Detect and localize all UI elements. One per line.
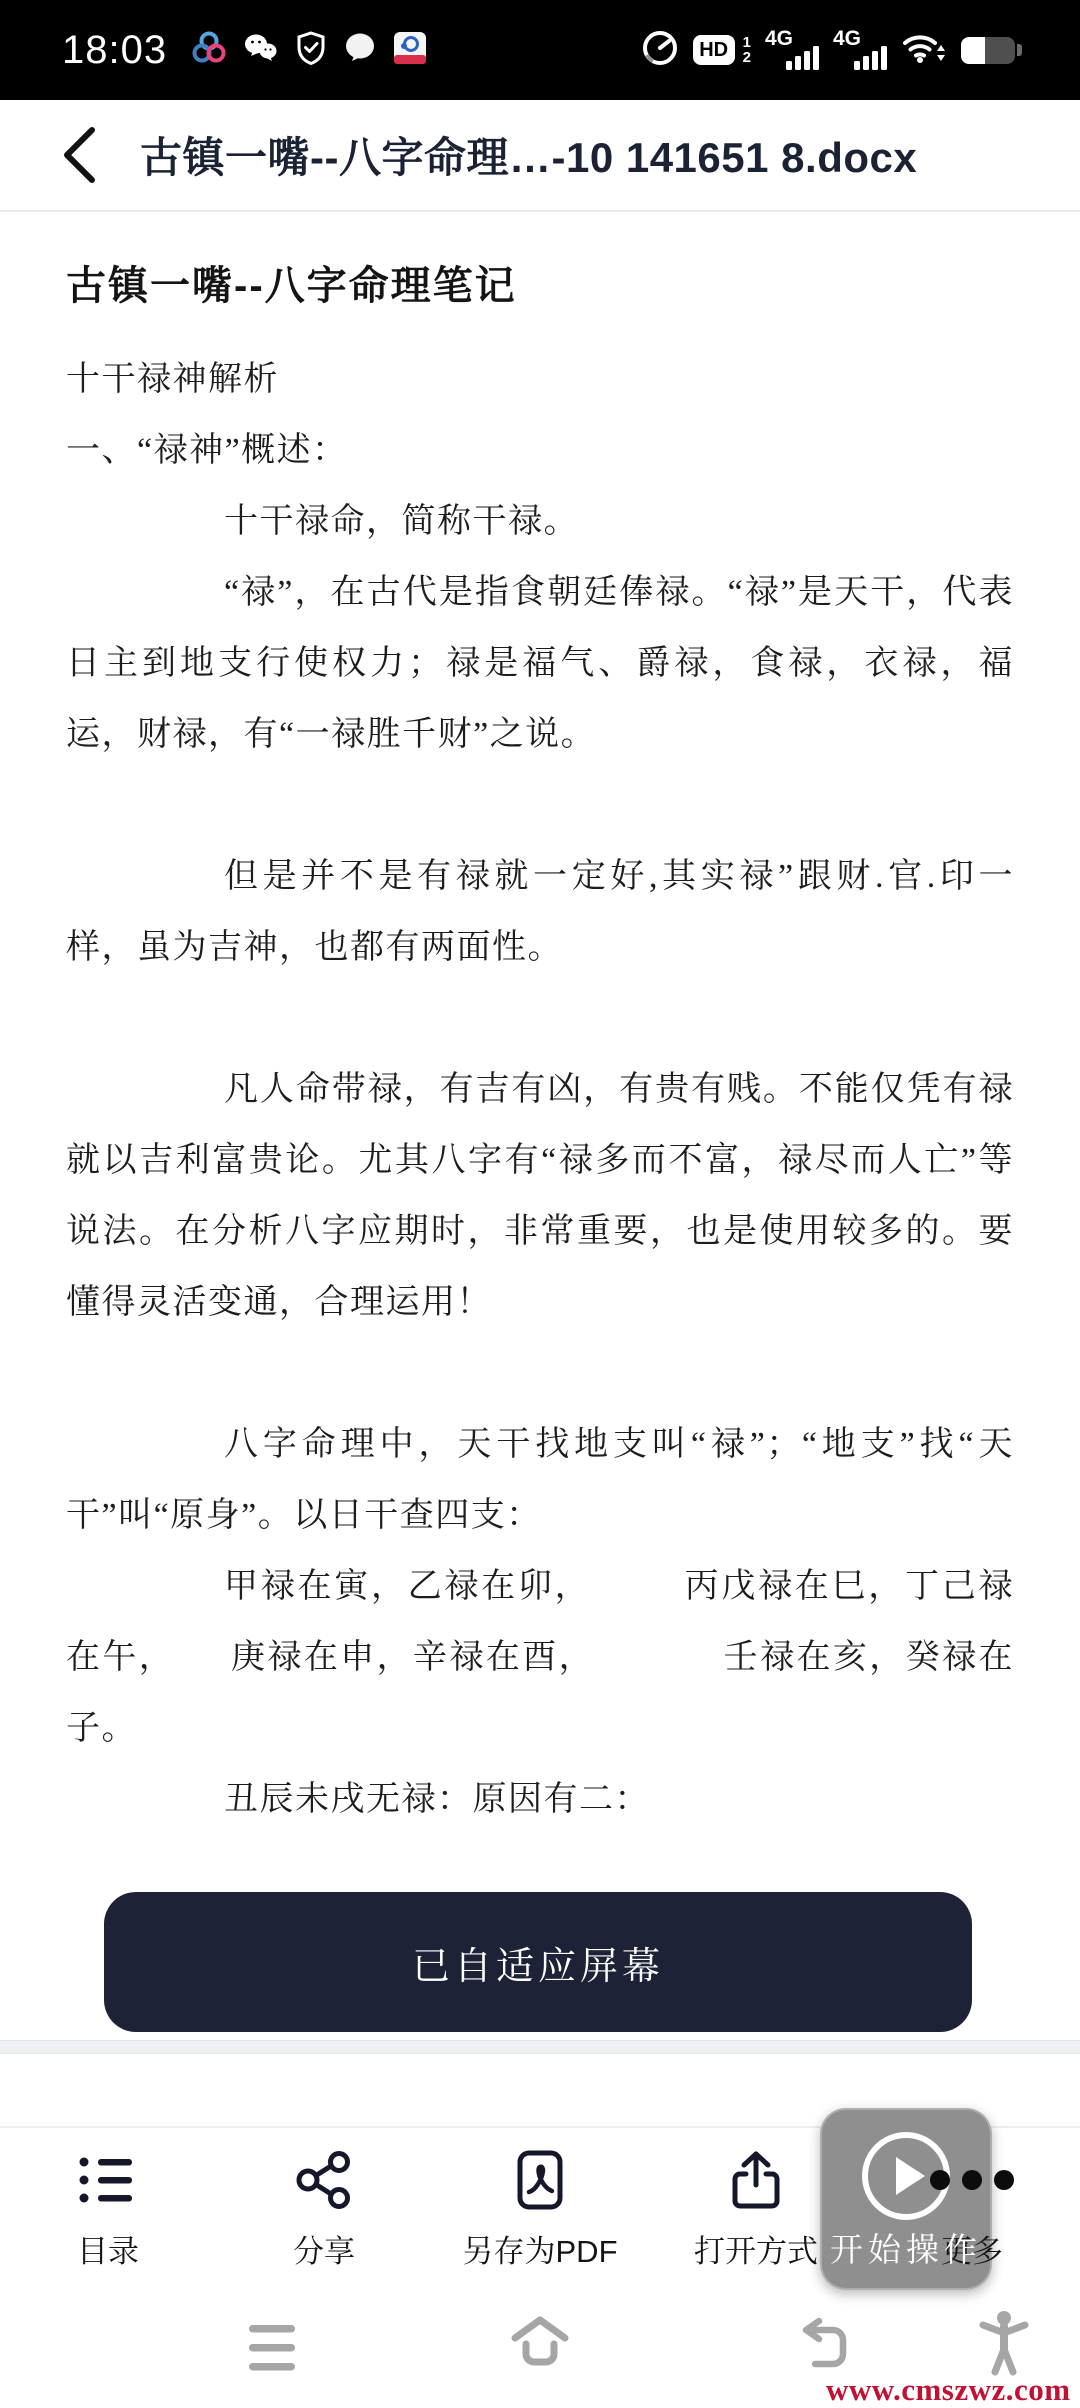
- toolbar-item-save-pdf[interactable]: 另存为PDF: [432, 2128, 648, 2292]
- status-right-icons: HD 12 4G 4G: [641, 28, 1022, 72]
- open-with-icon: [728, 2148, 784, 2212]
- toolbar-label: 另存为PDF: [463, 2226, 618, 2271]
- doc-paragraph: 十干禄命，简称干禄。: [66, 486, 1014, 557]
- back-icon[interactable]: [797, 2318, 851, 2375]
- menu-icon[interactable]: [247, 2322, 297, 2379]
- assistant-person-icon[interactable]: [978, 2310, 1030, 2381]
- status-time: 18:03: [62, 28, 167, 73]
- wechat-icon: [243, 32, 279, 69]
- document-header: 古镇一嘴--八字命理…-10 141651 8.docx: [0, 100, 1080, 212]
- more-dots-icon: [929, 2148, 1015, 2212]
- overlay-label: 开始操作: [820, 2224, 992, 2271]
- tri-knot-icon: [191, 31, 227, 70]
- doc-heading: 古镇一嘴--八字命理笔记: [66, 264, 1014, 308]
- doc-paragraph: 八字命理中，天干找地支叫“禄”；“地支”找“天干”叫“原身”。以日干查四支：: [66, 1409, 1014, 1551]
- signal-sim1: 4G: [765, 28, 819, 72]
- doc-paragraph: 一、“禄神”概述：: [66, 415, 1014, 486]
- doc-paragraph: 丑辰未戌无禄：原因有二：: [66, 1764, 1014, 1835]
- page-break-seam: [0, 2040, 1080, 2054]
- share-nodes-icon: [295, 2148, 353, 2212]
- sim-numbers: 12: [743, 35, 751, 65]
- hd-badge: HD: [693, 35, 735, 65]
- doc-paragraph: 十干禄神解析: [66, 344, 1014, 415]
- wifi-icon: [901, 30, 947, 71]
- toolbar-label: 分享: [293, 2226, 355, 2271]
- toc-list-icon: [78, 2148, 138, 2212]
- status-left-icons: [191, 31, 427, 70]
- toolbar-label: 目录: [77, 2226, 139, 2271]
- document-page[interactable]: 古镇一嘴--八字命理笔记 十干禄神解析 一、“禄神”概述： 十干禄命，简称干禄。…: [0, 212, 1080, 1835]
- toolbar-label: 打开方式: [694, 2226, 818, 2271]
- toolbar-item-toc[interactable]: 目录: [0, 2128, 216, 2292]
- doc-paragraph: 凡人命带禄，有吉有凶，有贵有贱。不能仅凭有禄就以吉利富贵论。尤其八字有“禄多而不…: [66, 1054, 1014, 1338]
- toast-label: 已自适应屏幕: [412, 1935, 664, 1990]
- shield-check-icon: [295, 31, 327, 70]
- watermark-text: www.cmszwz.com: [826, 2372, 1071, 2408]
- speedometer-icon: [641, 29, 679, 72]
- status-bar: 18:03 HD 12 4G 4G: [0, 0, 1080, 100]
- doc-paragraph: 甲禄在寅，乙禄在卯， 丙戊禄在巳，丁己禄在午， 庚禄在申，辛禄在酉， 壬禄在亥，…: [66, 1551, 1014, 1764]
- back-button[interactable]: [62, 126, 96, 184]
- chat-bubble-icon: [343, 32, 377, 69]
- home-icon[interactable]: [509, 2316, 571, 2375]
- document-title: 古镇一嘴--八字命理…-10 141651 8.docx: [140, 125, 917, 185]
- baidu-netdisk-icon: [393, 31, 427, 70]
- fit-screen-toast: 已自适应屏幕: [104, 1892, 972, 2032]
- app-screen: 18:03 HD 12 4G 4G 古镇一嘴--八字命理…-10 141651 …: [0, 0, 1080, 2408]
- signal-sim2: 4G: [833, 28, 887, 72]
- doc-paragraph: 但是并不是有禄就一定好,其实禄”跟财.官.印一样，虽为吉神，也都有两面性。: [66, 841, 1014, 983]
- doc-paragraph: “禄”，在古代是指食朝廷俸禄。“禄”是天干，代表日主到地支行使权力；禄是福气、爵…: [66, 557, 1014, 770]
- toolbar-item-share[interactable]: 分享: [216, 2128, 432, 2292]
- battery-icon: [961, 37, 1022, 64]
- pdf-file-icon: [512, 2148, 568, 2212]
